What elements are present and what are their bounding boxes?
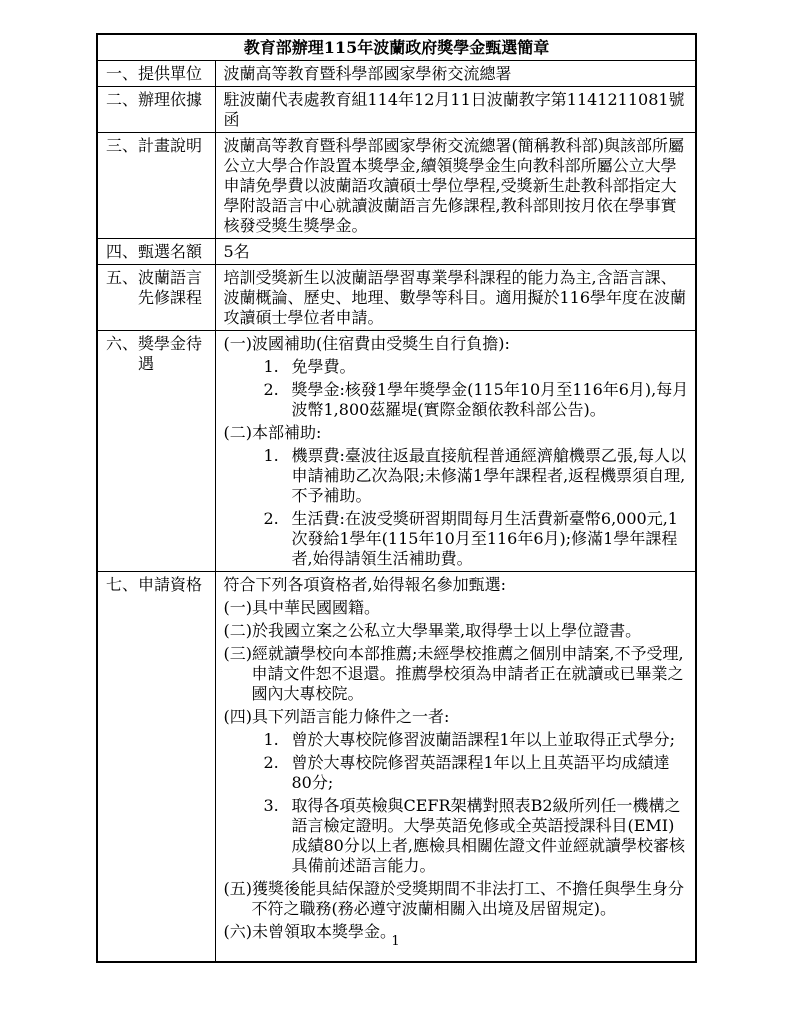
paragraph: 波蘭高等教育暨科學部國家學術交流總署	[224, 64, 690, 84]
paragraph: 5名	[224, 242, 690, 262]
row-label-text: 五、波蘭語言先修課程	[106, 268, 211, 308]
table-row: 三、計畫說明 波蘭高等教育暨科學部國家學術交流總署(簡稱教科部)與該部所屬公立大…	[97, 133, 696, 239]
paragraph: (五)獲獎後能具結保證於受獎期間不非法打工、不擔任與學生身分不符之職務(務必遵守…	[224, 879, 690, 919]
list-item-text: 機票費:臺波往返最直接航程普通經濟艙機票乙張,每人以申請補助乙次為限;未修滿1學…	[292, 446, 690, 506]
table-row: 一、提供單位 波蘭高等教育暨科學部國家學術交流總署	[97, 61, 696, 87]
row-label: 五、波蘭語言先修課程	[97, 265, 215, 331]
row-label-text: 六、獎學金待遇	[106, 334, 211, 374]
list-marker: 1.	[264, 357, 292, 377]
list-item-text: 曾於大專校院修習波蘭語課程1年以上並取得正式學分;	[292, 730, 690, 750]
row-content: 5名	[215, 239, 696, 265]
paragraph: 符合下列各項資格者,始得報名參加甄選:	[224, 575, 690, 595]
row-label-text: 一、提供單位	[106, 64, 211, 84]
table-row: 二、辦理依據 駐波蘭代表處教育組114年12月11日波蘭教字第114121108…	[97, 87, 696, 133]
paragraph: 駐波蘭代表處教育組114年12月11日波蘭教字第1141211081號函	[224, 90, 690, 130]
paragraph: (二)於我國立案之公私立大學畢業,取得學士以上學位證書。	[224, 621, 690, 641]
document-title: 教育部辦理115年波蘭政府獎學金甄選簡章	[97, 34, 696, 61]
list-marker: 1.	[264, 446, 292, 506]
list-marker: 2.	[264, 753, 292, 793]
paragraph: (一)具中華民國國籍。	[224, 598, 690, 618]
row-label-text: 三、計畫說明	[106, 136, 211, 156]
paragraph: (四)具下列語言能力條件之一者:	[224, 707, 690, 727]
list-item: 3. 取得各項英檢與CEFR架構對照表B2級所列任一機構之語言檢定證明。大學英語…	[264, 796, 690, 876]
list-item-text: 免學費。	[292, 357, 690, 377]
row-label: 六、獎學金待遇	[97, 331, 215, 572]
page-number: 1	[0, 934, 791, 949]
list-marker: 3.	[264, 796, 292, 876]
row-label-text: 二、辦理依據	[106, 90, 211, 110]
row-content: 駐波蘭代表處教育組114年12月11日波蘭教字第1141211081號函	[215, 87, 696, 133]
paragraph: (二)本部補助:	[224, 423, 690, 443]
paragraph: 培訓受獎新生以波蘭語學習專業學科課程的能力為主,含語言課、波蘭概論、歷史、地理、…	[224, 268, 690, 328]
row-label: 一、提供單位	[97, 61, 215, 87]
row-content: (一)波國補助(住宿費由受獎生自行負擔): 1. 免學費。 2. 獎學金:核發1…	[215, 331, 696, 572]
paragraph: (一)波國補助(住宿費由受獎生自行負擔):	[224, 334, 690, 354]
title-row: 教育部辦理115年波蘭政府獎學金甄選簡章	[97, 34, 696, 61]
list-item: 2. 獎學金:核發1學年獎學金(115年10月至116年6月),每月波幣1,80…	[264, 380, 690, 420]
paragraph: (三)經就讀學校向本部推薦;未經學校推薦之個別申請案,不予受理,申請文件恕不退還…	[224, 644, 690, 704]
list-item: 1. 曾於大專校院修習波蘭語課程1年以上並取得正式學分;	[264, 730, 690, 750]
list-item: 1. 免學費。	[264, 357, 690, 377]
row-content: 波蘭高等教育暨科學部國家學術交流總署	[215, 61, 696, 87]
list-marker: 2.	[264, 509, 292, 569]
row-content: 符合下列各項資格者,始得報名參加甄選: (一)具中華民國國籍。 (二)於我國立案…	[215, 572, 696, 962]
row-label: 七、申請資格	[97, 572, 215, 962]
paragraph: 波蘭高等教育暨科學部國家學術交流總署(簡稱教科部)與該部所屬公立大學合作設置本獎…	[224, 136, 690, 236]
list-item: 2. 生活費:在波受獎研習期間每月生活費新臺幣6,000元,1次發給1學年(11…	[264, 509, 690, 569]
row-content: 波蘭高等教育暨科學部國家學術交流總署(簡稱教科部)與該部所屬公立大學合作設置本獎…	[215, 133, 696, 239]
list-item-text: 生活費:在波受獎研習期間每月生活費新臺幣6,000元,1次發給1學年(115年1…	[292, 509, 690, 569]
list-item-text: 曾於大專校院修習英語課程1年以上且英語平均成績達80分;	[292, 753, 690, 793]
table-row: 四、甄選名額 5名	[97, 239, 696, 265]
row-label-text: 七、申請資格	[106, 575, 211, 595]
row-content: 培訓受獎新生以波蘭語學習專業學科課程的能力為主,含語言課、波蘭概論、歷史、地理、…	[215, 265, 696, 331]
row-label: 三、計畫說明	[97, 133, 215, 239]
document-table: 教育部辦理115年波蘭政府獎學金甄選簡章 一、提供單位 波蘭高等教育暨科學部國家…	[96, 33, 697, 963]
row-label: 二、辦理依據	[97, 87, 215, 133]
document-page: 教育部辦理115年波蘭政府獎學金甄選簡章 一、提供單位 波蘭高等教育暨科學部國家…	[0, 0, 791, 1024]
list-marker: 2.	[264, 380, 292, 420]
list-item-text: 取得各項英檢與CEFR架構對照表B2級所列任一機構之語言檢定證明。大學英語免修或…	[292, 796, 690, 876]
list-item: 1. 機票費:臺波往返最直接航程普通經濟艙機票乙張,每人以申請補助乙次為限;未修…	[264, 446, 690, 506]
table-row: 七、申請資格 符合下列各項資格者,始得報名參加甄選: (一)具中華民國國籍。 (…	[97, 572, 696, 962]
row-label: 四、甄選名額	[97, 239, 215, 265]
row-label-text: 四、甄選名額	[106, 242, 211, 262]
table-row: 六、獎學金待遇 (一)波國補助(住宿費由受獎生自行負擔): 1. 免學費。 2.…	[97, 331, 696, 572]
list-marker: 1.	[264, 730, 292, 750]
table-row: 五、波蘭語言先修課程 培訓受獎新生以波蘭語學習專業學科課程的能力為主,含語言課、…	[97, 265, 696, 331]
list-item-text: 獎學金:核發1學年獎學金(115年10月至116年6月),每月波幣1,800茲羅…	[292, 380, 690, 420]
list-item: 2. 曾於大專校院修習英語課程1年以上且英語平均成績達80分;	[264, 753, 690, 793]
